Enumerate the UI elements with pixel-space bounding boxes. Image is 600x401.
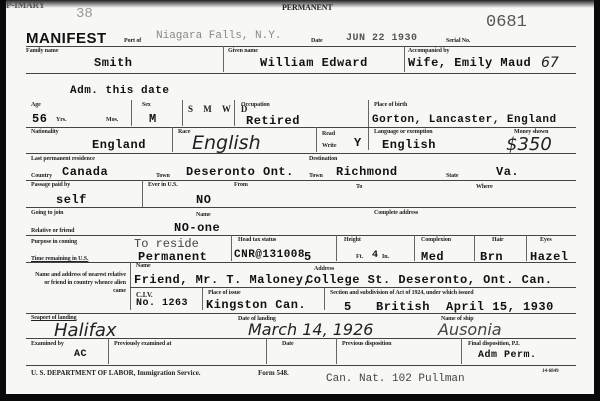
read-label: Read xyxy=(322,131,335,137)
form-label: Form 548. xyxy=(258,369,289,377)
examined-by-label: Examined by xyxy=(31,341,64,347)
examined-by-value: AC xyxy=(74,349,87,360)
issue-date-value: April 15, 1930 xyxy=(446,300,554,314)
head-tax-label: Head tax status xyxy=(238,237,276,243)
civ-no-value: No. 1263 xyxy=(136,298,188,309)
section-value: 5 xyxy=(344,300,352,314)
serial-no-label: Serial No. xyxy=(446,38,470,44)
complete-address-label: Complete address xyxy=(374,210,418,216)
manifest-title: MANIFEST xyxy=(26,30,107,47)
date-value: JUN 22 1930 xyxy=(346,33,418,44)
nearest-relative-label: Name and address of nearest relative or … xyxy=(31,271,126,295)
date-of-landing-value: March 14, 1926 xyxy=(248,320,373,339)
relative-name-label: Name xyxy=(136,263,151,269)
age-label: Age xyxy=(31,102,41,108)
port-of-value: Niagara Falls, N.Y. xyxy=(156,30,281,42)
town-value: Deseronto Ont. xyxy=(186,165,294,179)
form-code: 14-6849 xyxy=(542,369,559,374)
passage-label: Passage paid by xyxy=(31,182,70,188)
complexion-label: Complexion xyxy=(421,237,451,243)
port-of-label: Port of xyxy=(124,38,141,44)
admission-stamp: Adm. this date xyxy=(70,85,169,97)
name-of-ship-value: Ausonia xyxy=(438,320,502,339)
given-name-label: Given name xyxy=(228,48,258,54)
race-value: English xyxy=(192,132,261,154)
state-value: Va. xyxy=(496,165,519,179)
language-value: English xyxy=(382,138,436,152)
from-label: From xyxy=(234,182,248,188)
country-label: Country xyxy=(31,173,52,179)
head-tax-value: CNR@131008 xyxy=(234,249,305,261)
accompanied-by-ref: 67 xyxy=(541,55,559,71)
family-name-value: Smith xyxy=(94,56,133,70)
final-disposition-label: Final disposition, P.I. xyxy=(468,341,520,347)
write-label: Write xyxy=(322,143,336,149)
permanent-label: PERMANENT xyxy=(282,3,333,12)
state-label: State xyxy=(446,173,459,179)
ever-in-us-label: Ever in U.S. xyxy=(148,182,178,188)
eyes-label: Eyes xyxy=(540,237,552,243)
read-write-value: Y xyxy=(354,136,362,150)
place-of-birth-value: Gorton, Lancaster, England xyxy=(372,114,557,126)
previously-examined-label: Previously examined at xyxy=(114,341,171,347)
accompanied-by-value: Wife, Emily Maud xyxy=(408,56,531,70)
ft-label: Ft. xyxy=(356,254,363,260)
to-label: To xyxy=(356,184,362,190)
relative-label: Relative or friend xyxy=(31,228,74,234)
age-value: 56 xyxy=(32,112,47,126)
height-in-value: 4 xyxy=(372,250,379,261)
going-to-join-label: Going to join xyxy=(31,210,63,216)
race-label: Race xyxy=(178,129,190,135)
accompanied-by-label: Accompanied by xyxy=(408,48,449,54)
last-residence-label: Last permanent residence xyxy=(31,156,95,162)
final-disposition-value: Adm Perm. xyxy=(478,350,537,361)
exam-date-label: Date xyxy=(282,341,294,347)
yrs-label: Yrs. xyxy=(56,117,66,123)
quota-value: British xyxy=(376,300,430,314)
ever-in-us-value: NO xyxy=(196,193,211,207)
hair-label: Hair xyxy=(492,237,504,243)
family-name-label: Family name xyxy=(26,48,58,54)
date-label: Date xyxy=(311,38,323,44)
manifest-card: P-IMARY 38 PERMANENT 0681 MANIFEST Port … xyxy=(6,0,594,394)
country-value: Canada xyxy=(62,165,108,179)
stamp-number: 38 xyxy=(76,6,93,22)
place-of-issue-value: Kingston Can. xyxy=(206,298,306,312)
section-label: Section and subdivision of Act of 1924, … xyxy=(330,290,473,296)
height-label: Height xyxy=(344,237,361,243)
money-value: $350 xyxy=(506,134,552,155)
car-stamp: Can. Nat. 102 Pullman xyxy=(326,373,465,385)
given-name-value: William Edward xyxy=(260,56,368,70)
destination-label: Destination xyxy=(309,156,337,162)
name-label: Name xyxy=(196,212,211,218)
relative-name-value: Friend, Mr. T. Maloney, xyxy=(134,273,311,287)
town-label: Town xyxy=(156,173,170,179)
primary-label: P-IMARY xyxy=(6,0,45,10)
serial-stamp: 0681 xyxy=(486,13,527,32)
sex-label: Sex xyxy=(142,102,151,108)
address-label: Address xyxy=(314,266,334,272)
occupation-value: Retired xyxy=(246,114,300,128)
dest-town-label: Town xyxy=(309,173,323,179)
dest-town-value: Richmond xyxy=(336,165,398,179)
nationality-label: Nationality xyxy=(31,129,59,135)
occupation-label: Occupation xyxy=(241,102,270,108)
language-label: Language or exemption xyxy=(374,129,432,135)
place-of-issue-label: Place of issue xyxy=(208,290,241,296)
purpose-value: To reside xyxy=(134,237,199,251)
department-label: U. S. DEPARTMENT OF LABOR, Immigration S… xyxy=(31,369,201,377)
purpose-label: Purpose in coming xyxy=(31,239,77,245)
mos-label: Mos. xyxy=(106,117,118,123)
address-value: College St. Deseronto, Ont. Can. xyxy=(306,273,552,287)
place-of-birth-label: Place of birth xyxy=(374,102,407,108)
nationality-value: England xyxy=(92,138,146,152)
previous-disposition-label: Previous disposition xyxy=(342,341,391,347)
sex-value: M xyxy=(149,112,157,126)
passage-value: self xyxy=(56,193,87,207)
relative-value: NO-one xyxy=(174,221,220,235)
where-label: Where xyxy=(476,184,493,190)
in-label: In. xyxy=(382,254,389,260)
